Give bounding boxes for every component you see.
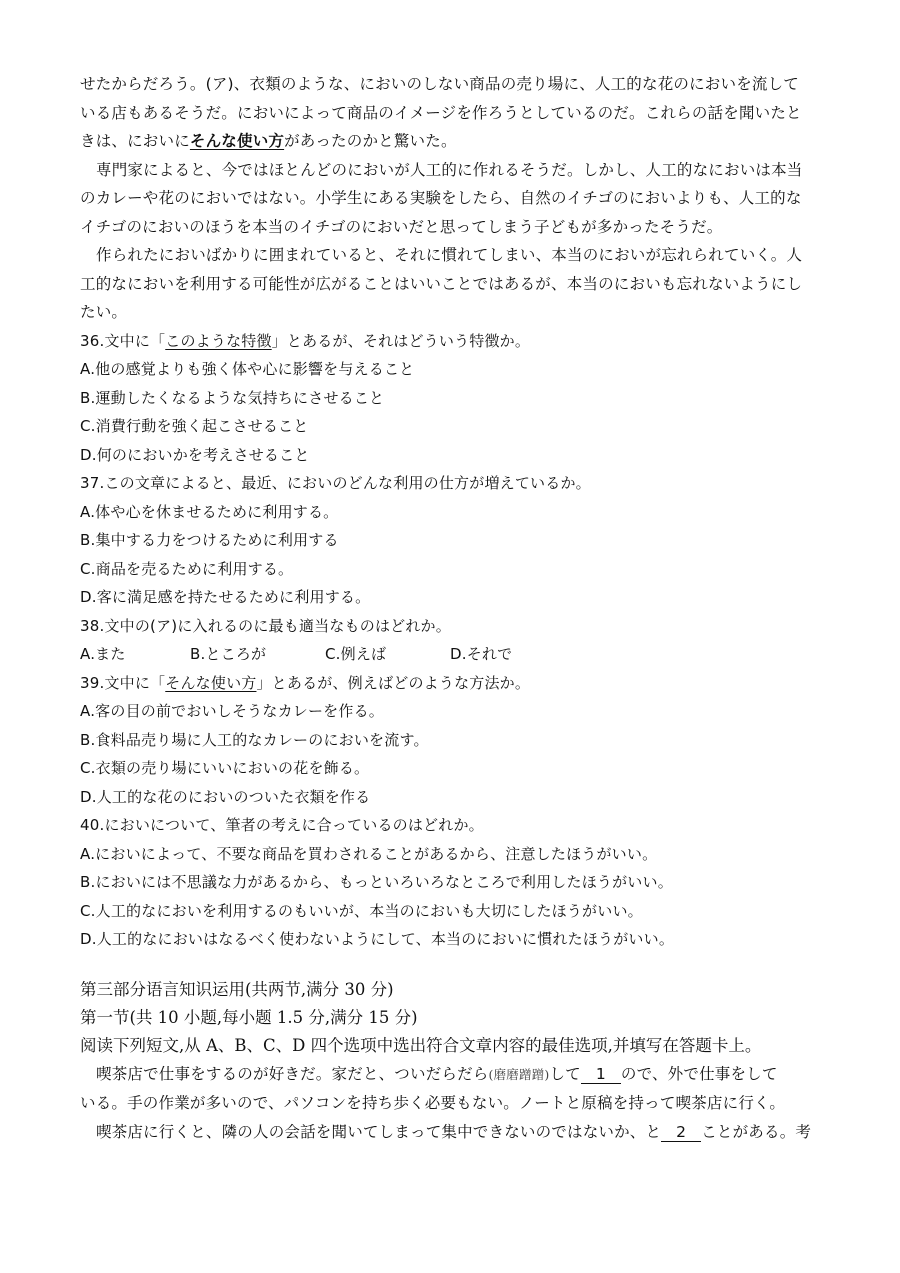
option-d: D.客に満足感を持たせるために利用する。 bbox=[80, 583, 825, 612]
option-c: C.商品を売るために利用する。 bbox=[80, 555, 825, 584]
option-b: B.集中する力をつけるために利用する bbox=[80, 526, 825, 555]
passage-line: のカレーや花のにおいではない。小学生にある実験をしたら、自然のイチゴのにおいより… bbox=[80, 184, 825, 213]
section-title: 第三部分语言知识运用(共两节,满分 30 分) bbox=[80, 976, 825, 1004]
option-c: C.消費行動を強く起こさせること bbox=[80, 412, 825, 441]
option-c: C.例えば bbox=[325, 640, 450, 669]
section-3: 第三部分语言知识运用(共两节,满分 30 分) 第一节(共 10 小题,每小题 … bbox=[80, 976, 825, 1147]
text: 39.文中に「 bbox=[80, 674, 165, 692]
underlined-phrase: そんな使い方 bbox=[190, 132, 284, 150]
text: きは、においに bbox=[80, 132, 190, 150]
passage-line: いる店もあるそうだ。においによって商品のイメージを作ろうとしているのだ。これらの… bbox=[80, 99, 825, 128]
passage-line: きは、においにそんな使い方があったのかと驚いた。 bbox=[80, 127, 825, 156]
passage-line: 専門家によると、今ではほとんどのにおいが人工的に作れるそうだ。しかし、人工的なに… bbox=[80, 156, 825, 185]
option-b: B.ところが bbox=[190, 640, 325, 669]
option-b: B.運動したくなるような気持ちにさせること bbox=[80, 384, 825, 413]
exam-page: せたからだろう。(ア)、衣類のような、においのしない商品の売り場に、人工的な花の… bbox=[80, 70, 825, 1146]
text: ので、外で仕事をして bbox=[621, 1065, 778, 1083]
text: 」とあるが、それはどういう特徴か。 bbox=[272, 332, 530, 350]
question-stem: 37.この文章によると、最近、においのどんな利用の仕方が増えているか。 bbox=[80, 469, 825, 498]
passage-paragraph-1: せたからだろう。(ア)、衣類のような、においのしない商品の売り場に、人工的な花の… bbox=[80, 70, 825, 156]
question-stem: 40.においについて、筆者の考えに合っているのはどれか。 bbox=[80, 811, 825, 840]
cloze-line: 喫茶店に行くと、隣の人の会話を聞いてしまって集中できないのではないか、と2ことが… bbox=[80, 1118, 825, 1147]
passage-line: たい。 bbox=[80, 298, 825, 327]
text: 36.文中に「 bbox=[80, 332, 165, 350]
option-d: D.人工的な花のにおいのついた衣類を作る bbox=[80, 783, 825, 812]
option-d: D.何のにおいかを考えさせること bbox=[80, 441, 825, 470]
passage-line: イチゴのにおいのほうを本当のイチゴのにおいだと思ってしまう子どもが多かったそうだ… bbox=[80, 213, 825, 242]
underlined-phrase: そんな使い方 bbox=[165, 674, 256, 692]
option-a: A.においによって、不要な商品を買わされることがあるから、注意したほうがいい。 bbox=[80, 840, 825, 869]
section-subtitle: 第一节(共 10 小题,每小题 1.5 分,满分 15 分) bbox=[80, 1004, 825, 1032]
blank-2: 2 bbox=[661, 1123, 701, 1142]
option-a: A.客の目の前でおいしそうなカレーを作る。 bbox=[80, 697, 825, 726]
option-d: D.それで bbox=[450, 640, 512, 669]
question-stem: 38.文中の(ア)に入れるのに最も適当なものはどれか。 bbox=[80, 612, 825, 641]
section-instruction: 阅读下列短文,从 A、B、C、D 四个选项中选出符合文章内容的最佳选项,并填写在… bbox=[80, 1032, 825, 1060]
passage-paragraph-3: 作られたにおいばかりに囲まれていると、それに慣れてしまい、本当のにおいが忘れられ… bbox=[80, 241, 825, 327]
question-stem: 39.文中に「そんな使い方」とあるが、例えばどのような方法か。 bbox=[80, 669, 825, 698]
passage-line: 工的なにおいを利用する可能性が広がることはいいことではあるが、本当のにおいも忘れ… bbox=[80, 270, 825, 299]
option-b: B.においには不思議な力があるから、もっといろいろなところで利用したほうがいい。 bbox=[80, 868, 825, 897]
options-row: A.また B.ところが C.例えば D.それで bbox=[80, 640, 825, 669]
text: 喫茶店で仕事をするのが好きだ。家だと、ついだらだら bbox=[96, 1065, 489, 1083]
question-38: 38.文中の(ア)に入れるのに最も適当なものはどれか。 A.また B.ところが … bbox=[80, 612, 825, 669]
question-39: 39.文中に「そんな使い方」とあるが、例えばどのような方法か。 A.客の目の前で… bbox=[80, 669, 825, 812]
underlined-phrase: このような特徴 bbox=[165, 332, 271, 350]
option-d: D.人工的なにおいはなるべく使わないようにして、本当のにおいに慣れたほうがいい。 bbox=[80, 925, 825, 954]
option-c: C.人工的なにおいを利用するのもいいが、本当のにおいも大切にしたほうがいい。 bbox=[80, 897, 825, 926]
text: 」とあるが、例えばどのような方法か。 bbox=[256, 674, 530, 692]
option-b: B.食料品売り場に人工的なカレーのにおいを流す。 bbox=[80, 726, 825, 755]
passage-line: せたからだろう。(ア)、衣類のような、においのしない商品の売り場に、人工的な花の… bbox=[80, 70, 825, 99]
gloss: (磨磨蹭蹭) bbox=[489, 1067, 550, 1082]
option-c: C.衣類の売り場にいいにおいの花を飾る。 bbox=[80, 754, 825, 783]
option-a: A.他の感覚よりも強く体や心に影響を与えること bbox=[80, 355, 825, 384]
question-stem: 36.文中に「このような特徴」とあるが、それはどういう特徴か。 bbox=[80, 327, 825, 356]
passage-paragraph-2: 専門家によると、今ではほとんどのにおいが人工的に作れるそうだ。しかし、人工的なに… bbox=[80, 156, 825, 242]
text: 喫茶店に行くと、隣の人の会話を聞いてしまって集中できないのではないか、と bbox=[96, 1123, 661, 1141]
text: があったのかと驚いた。 bbox=[284, 132, 457, 150]
question-36: 36.文中に「このような特徴」とあるが、それはどういう特徴か。 A.他の感覚より… bbox=[80, 327, 825, 470]
option-a: A.体や心を休ませるために利用する。 bbox=[80, 498, 825, 527]
cloze-line: 喫茶店で仕事をするのが好きだ。家だと、ついだらだら(磨磨蹭蹭)して1ので、外で仕… bbox=[80, 1060, 825, 1090]
cloze-line: いる。手の作業が多いので、パソコンを持ち歩く必要もない。ノートと原稿を持って喫茶… bbox=[80, 1089, 825, 1118]
question-40: 40.においについて、筆者の考えに合っているのはどれか。 A.においによって、不… bbox=[80, 811, 825, 954]
question-37: 37.この文章によると、最近、においのどんな利用の仕方が増えているか。 A.体や… bbox=[80, 469, 825, 612]
passage-line: 作られたにおいばかりに囲まれていると、それに慣れてしまい、本当のにおいが忘れられ… bbox=[80, 241, 825, 270]
text: ことがある。考 bbox=[701, 1123, 811, 1141]
blank-1: 1 bbox=[581, 1065, 621, 1084]
text: して bbox=[549, 1065, 580, 1083]
option-a: A.また bbox=[80, 640, 190, 669]
